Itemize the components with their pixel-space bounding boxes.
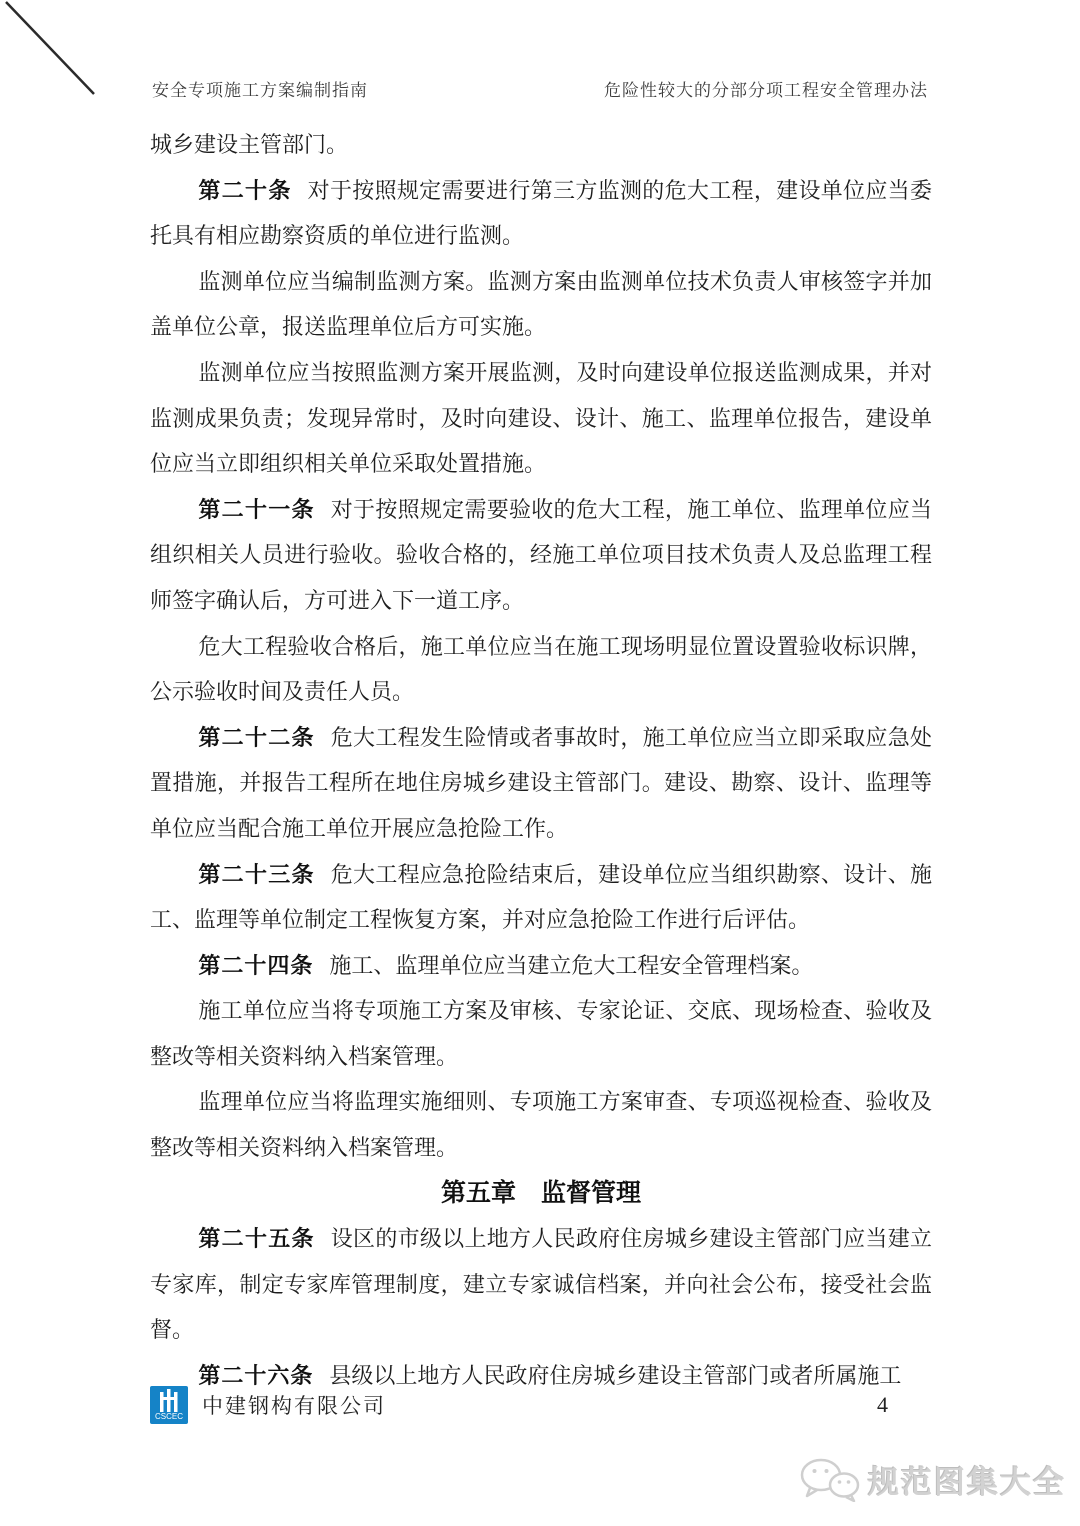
body-paragraph: 施工单位应当将专项施工方案及审核、专家论证、交底、现场检查、验收及整改等相关资料…	[150, 988, 932, 1079]
paragraph-text: 城乡建设主管部门。	[150, 132, 348, 157]
body-paragraph: 城乡建设主管部门。	[150, 122, 932, 168]
article-number: 第二十四条	[198, 953, 313, 978]
paragraph-text: 危大工程验收合格后，施工单位应当在施工现场明显位置设置验收标识牌，公示验收时间及…	[150, 634, 932, 705]
body-paragraph: 第二十三条危大工程应急抢险结束后，建设单位应当组织勘察、设计、施工、监理等单位制…	[150, 852, 932, 943]
body-paragraph: 第二十二条危大工程发生险情或者事故时，施工单位应当立即采取应急处置措施，并报告工…	[150, 715, 932, 852]
cscec-logo-icon: CSCEC	[150, 1386, 188, 1424]
company-name: 中建钢构有限公司	[202, 1390, 386, 1420]
logo-letters: CSCEC	[155, 1412, 183, 1421]
document-page: 安全专项施工方案编制指南 危险性较大的分部分项工程安全管理办法 城乡建设主管部门…	[0, 0, 1080, 1526]
article-number: 第二十一条	[198, 497, 314, 522]
article-number: 第二十三条	[198, 862, 314, 887]
article-number: 第二十二条	[198, 725, 314, 750]
page-footer: CSCEC 中建钢构有限公司 4	[150, 1386, 930, 1424]
paragraph-text: 县级以上地方人民政府住房城乡建设主管部门或者所属施工	[329, 1363, 901, 1388]
article-number: 第二十条	[198, 178, 291, 203]
paragraph-text: 施工单位应当将专项施工方案及审核、专家论证、交底、现场检查、验收及整改等相关资料…	[150, 998, 932, 1069]
header-left-title: 安全专项施工方案编制指南	[152, 76, 368, 101]
paragraph-text: 监测单位应当按照监测方案开展监测，及时向建设单位报送监测成果，并对监测成果负责；…	[150, 360, 932, 476]
body-paragraph: 监测单位应当按照监测方案开展监测，及时向建设单位报送监测成果，并对监测成果负责；…	[150, 350, 932, 487]
body-paragraph: 第二十四条施工、监理单位应当建立危大工程安全管理档案。	[150, 943, 932, 989]
article-number: 第二十五条	[198, 1226, 314, 1251]
page-number: 4	[877, 1392, 888, 1418]
body-paragraph: 第二十一条对于按照规定需要验收的危大工程，施工单位、监理单位应当组织相关人员进行…	[150, 487, 932, 624]
chapter-heading: 第五章 监督管理	[150, 1171, 932, 1217]
watermark-text: 规范图集大全	[868, 1457, 1066, 1502]
body-paragraph: 监测单位应当编制监测方案。监测方案由监测单位技术负责人审核签字并加盖单位公章，报…	[150, 259, 932, 350]
page-header: 安全专项施工方案编制指南 危险性较大的分部分项工程安全管理办法	[152, 76, 928, 101]
paragraph-text: 监理单位应当将监理实施细则、专项施工方案审查、专项巡视检查、验收及整改等相关资料…	[150, 1089, 932, 1160]
body-paragraph: 危大工程验收合格后，施工单位应当在施工现场明显位置设置验收标识牌，公示验收时间及…	[150, 624, 932, 715]
body-paragraph: 监理单位应当将监理实施细则、专项施工方案审查、专项巡视检查、验收及整改等相关资料…	[150, 1079, 932, 1170]
body-paragraph: 第二十五条设区的市级以上地方人民政府住房城乡建设主管部门应当建立专家库，制定专家…	[150, 1216, 932, 1353]
paragraph-text: 监测单位应当编制监测方案。监测方案由监测单位技术负责人审核签字并加盖单位公章，报…	[150, 269, 932, 340]
paragraph-text: 施工、监理单位应当建立危大工程安全管理档案。	[329, 953, 813, 978]
header-right-title: 危险性较大的分部分项工程安全管理办法	[604, 76, 928, 101]
corner-diagonal-line	[0, 0, 110, 110]
watermark: 规范图集大全	[796, 1456, 1066, 1502]
wechat-icon	[796, 1456, 862, 1502]
body-paragraph: 第二十条对于按照规定需要进行第三方监测的危大工程，建设单位应当委托具有相应勘察资…	[150, 168, 932, 259]
document-body: 城乡建设主管部门。 第二十条对于按照规定需要进行第三方监测的危大工程，建设单位应…	[150, 122, 932, 1399]
footer-company-block: CSCEC 中建钢构有限公司	[150, 1386, 877, 1424]
article-number: 第二十六条	[198, 1363, 313, 1388]
